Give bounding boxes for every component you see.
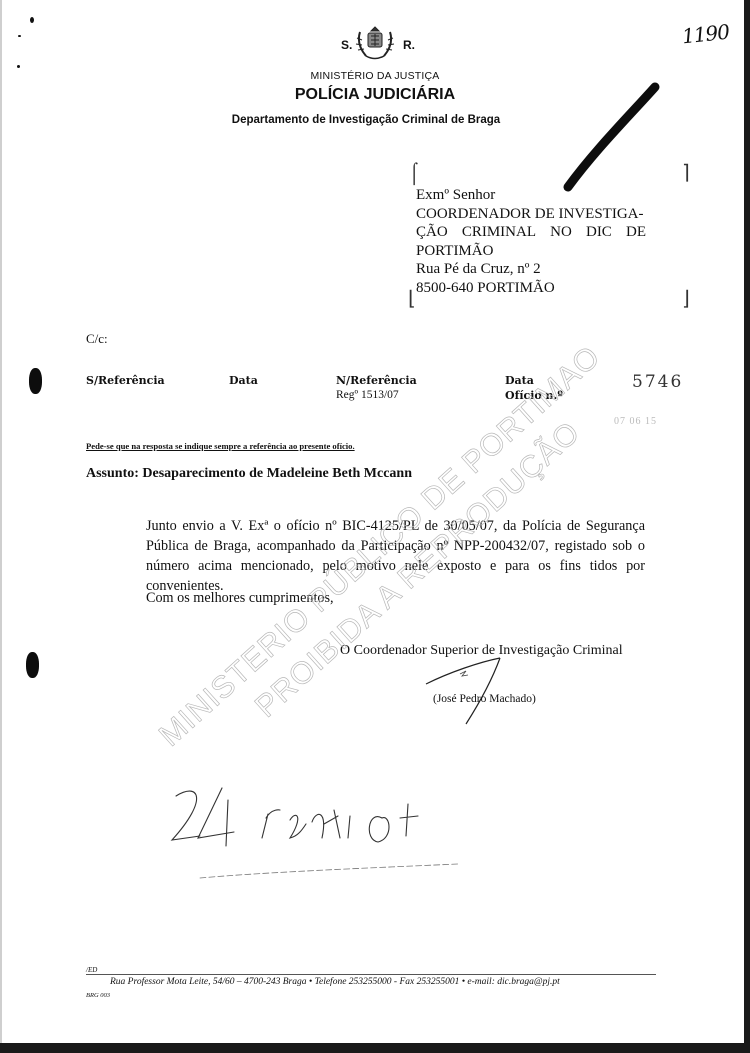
- recipient-line-4: Rua Pé da Cruz, nº 2: [416, 260, 646, 279]
- footer-initials: /ED: [86, 966, 97, 974]
- crest-left-letter: S.: [341, 38, 352, 52]
- reply-reference-note: Pede-se que na resposta se indique sempr…: [86, 441, 355, 451]
- recipient-word: ÇÃO: [416, 223, 448, 242]
- recipient-salutation: Exmº Senhor: [416, 186, 646, 205]
- recipient-address: Exmº Senhor COORDENADOR DE INVESTIGA- ÇÃ…: [416, 186, 646, 297]
- department-name: Departamento de Investigação Criminal de…: [0, 114, 750, 126]
- handwritten-signature: [400, 650, 520, 730]
- footer-divider: [86, 974, 656, 975]
- scan-speck: [30, 17, 34, 23]
- scan-bottom-border: [0, 1043, 750, 1053]
- address-bracket-bottom-left: ⌊: [408, 286, 416, 310]
- agency-name: POLÍCIA JUDICIÁRIA: [0, 86, 750, 104]
- n-referencia-label: N/Referência: [336, 374, 417, 387]
- signer-name: (José Pedro Machado): [433, 693, 536, 705]
- date-stamp-faint: 07 06 15: [614, 416, 657, 427]
- recipient-line-1: COORDENADOR DE INVESTIGA-: [416, 205, 646, 224]
- address-bracket-top-left: ⌠: [408, 160, 420, 185]
- footer-form-code: BRG 003: [86, 992, 110, 999]
- data-label-2: Data: [505, 374, 534, 387]
- footer-address: Rua Professor Mota Leite, 54/60 – 4700-2…: [110, 977, 560, 987]
- cc-label: C/c:: [86, 331, 108, 347]
- recipient-line-3: PORTIMÃO: [416, 242, 646, 261]
- subject-line: Assunto: Desaparecimento de Madeleine Be…: [86, 466, 412, 482]
- coat-of-arms-icon: [354, 24, 396, 62]
- punch-hole: [29, 368, 42, 394]
- oficio-number-stamp: 5746: [632, 372, 683, 392]
- ministry-name: MINISTÉRIO DA JUSTIÇA: [0, 70, 750, 82]
- n-referencia-value: Regº 1513/07: [336, 389, 399, 401]
- recipient-word: CRIMINAL: [462, 223, 536, 242]
- address-bracket-top-right: ⌉: [682, 160, 690, 184]
- scan-speck: [17, 65, 20, 68]
- handwritten-page-number: 1190: [681, 20, 730, 49]
- recipient-line-5: 8500-640 PORTIMÃO: [416, 279, 646, 298]
- punch-hole: [26, 652, 39, 678]
- handwritten-date-note: [168, 780, 468, 890]
- scan-speck: [18, 35, 21, 37]
- recipient-line-2: ÇÃO CRIMINAL NO DIC DE: [416, 223, 646, 242]
- recipient-word: DIC: [586, 223, 612, 242]
- address-bracket-bottom-right: ⌋: [682, 286, 690, 310]
- data-label-1: Data: [229, 374, 258, 387]
- recipient-word: DE: [626, 223, 646, 242]
- crest-right-letter: R.: [403, 38, 415, 52]
- recipient-word: NO: [550, 223, 572, 242]
- scan-left-edge: [0, 0, 2, 1053]
- scan-right-border: [744, 0, 750, 1053]
- s-referencia-label: S/Referência: [86, 374, 165, 387]
